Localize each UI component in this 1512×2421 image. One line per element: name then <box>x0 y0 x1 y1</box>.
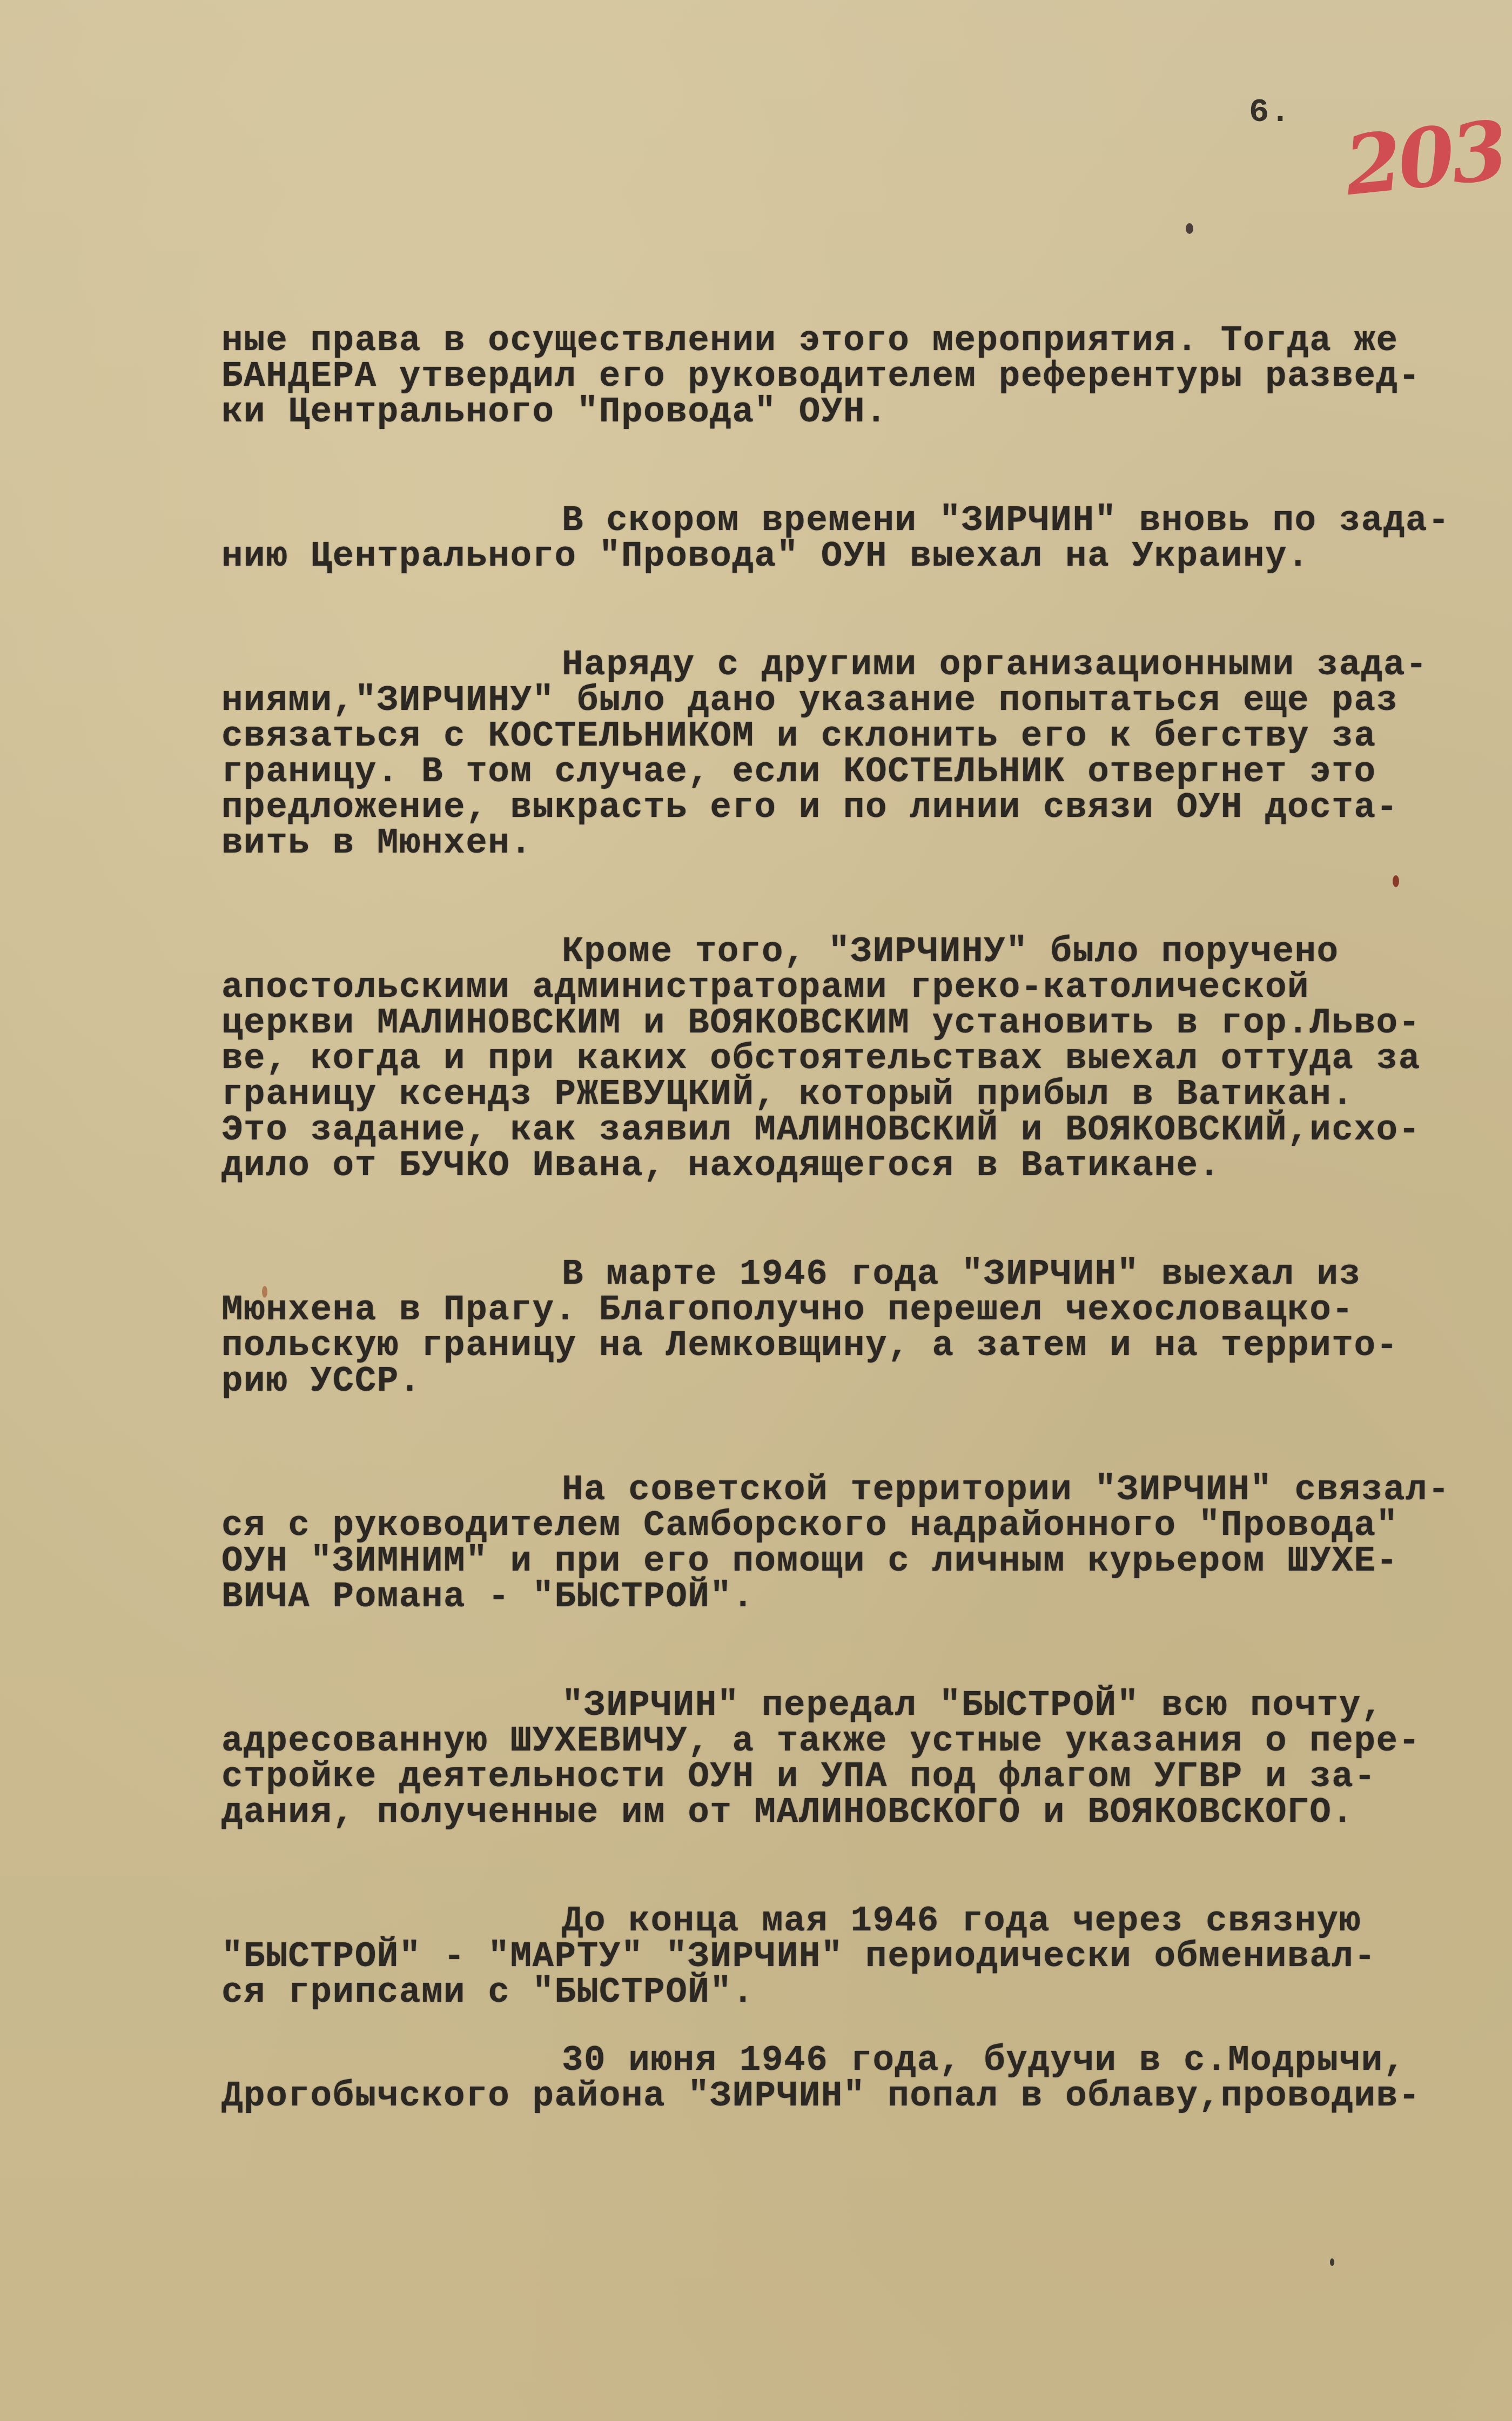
text-line: Дрогобычского района "ЗИРЧИН" попал в об… <box>221 2078 1507 2114</box>
text-line: дания, полученные им от МАЛИНОВСКОГО и В… <box>221 1795 1507 1830</box>
paragraph: ные права в осуществлении этого мероприя… <box>221 323 1507 430</box>
text-line: Наряду с другими организационными зада- <box>221 647 1507 683</box>
text-line: До конца мая 1946 года через связную <box>221 1903 1507 1939</box>
text-line: церкви МАЛИНОВСКИМ и ВОЯКОВСКИМ установи… <box>221 1005 1507 1041</box>
text-line: ся с руководителем Самборского надрайонн… <box>221 1508 1507 1544</box>
text-line: польскую границу на Лемковщину, а затем … <box>221 1328 1507 1364</box>
text-line: Мюнхена в Прагу. Благополучно перешел че… <box>221 1292 1507 1328</box>
paragraph: Кроме того, "ЗИРЧИНУ" было поручено апос… <box>221 934 1507 1184</box>
text-line: нию Центрального "Провода" ОУН выехал на… <box>221 539 1507 574</box>
text-line: связаться с КОСТЕЛЬНИКОМ и склонить его … <box>221 719 1507 754</box>
paragraph: В марте 1946 года "ЗИРЧИН" выехал из Мюн… <box>221 1257 1507 1399</box>
paper-speck <box>1330 2258 1334 2266</box>
archive-folio-number: 203 <box>1341 103 1509 214</box>
text-line: ВИЧА Романа - "БЫСТРОЙ". <box>221 1579 1507 1615</box>
text-line: границу ксендз РЖЕВУЦКИЙ, который прибыл… <box>221 1077 1507 1112</box>
paper-speck <box>1393 875 1399 887</box>
paragraph: 30 июня 1946 года, будучи в с.Модрычи, Д… <box>221 2043 1507 2114</box>
text-line: рию УССР. <box>221 1364 1507 1399</box>
paper-speck <box>1186 223 1193 234</box>
document-body: ные права в осуществлении этого мероприя… <box>221 323 1507 2114</box>
text-line: ные права в осуществлении этого мероприя… <box>221 323 1507 359</box>
text-line: ОУН "ЗИМНИМ" и при его помощи с личным к… <box>221 1544 1507 1579</box>
text-line: 30 июня 1946 года, будучи в с.Модрычи, <box>221 2043 1507 2078</box>
text-line: ве, когда и при каких обстоятельствах вы… <box>221 1041 1507 1077</box>
paragraph: Наряду с другими организационными зада- … <box>221 647 1507 861</box>
paragraph: "ЗИРЧИН" передал "БЫСТРОЙ" всю почту, ад… <box>221 1688 1507 1830</box>
text-line: "ЗИРЧИН" передал "БЫСТРОЙ" всю почту, <box>221 1688 1507 1723</box>
text-line: стройке деятельности ОУН и УПА под флаго… <box>221 1759 1507 1795</box>
text-line: "БЫСТРОЙ" - "МАРТУ" "ЗИРЧИН" периодическ… <box>221 1939 1507 1975</box>
text-line: В скором времени "ЗИРЧИН" вновь по зада- <box>221 503 1507 539</box>
text-line: предложение, выкрасть его и по линии свя… <box>221 790 1507 826</box>
text-line: В марте 1946 года "ЗИРЧИН" выехал из <box>221 1257 1507 1292</box>
text-line: дило от БУЧКО Ивана, находящегося в Вати… <box>221 1148 1507 1184</box>
text-line: БАНДЕРА утвердил его руководителем рефер… <box>221 359 1507 394</box>
text-line: ся грипсами с "БЫСТРОЙ". <box>221 1975 1507 2010</box>
text-line: На советской территории "ЗИРЧИН" связал- <box>221 1472 1507 1508</box>
text-line: апостольскими администраторами греко-кат… <box>221 970 1507 1005</box>
text-line: Это задание, как заявил МАЛИНОВСКИЙ и ВО… <box>221 1112 1507 1148</box>
text-line: границу. В том случае, если КОСТЕЛЬНИК о… <box>221 754 1507 790</box>
page-number: 6. <box>1249 93 1291 131</box>
document-page: 6. 203 ные права в осуществлении этого м… <box>0 0 1512 2421</box>
text-line: ки Центрального "Провода" ОУН. <box>221 394 1507 430</box>
text-line: адресованную ШУХЕВИЧУ, а также устные ук… <box>221 1723 1507 1759</box>
paragraph: В скором времени "ЗИРЧИН" вновь по зада-… <box>221 503 1507 574</box>
paragraph: На советской территории "ЗИРЧИН" связал-… <box>221 1472 1507 1615</box>
paper-speck <box>262 1286 267 1298</box>
text-line: Кроме того, "ЗИРЧИНУ" было поручено <box>221 934 1507 970</box>
paragraph: До конца мая 1946 года через связную "БЫ… <box>221 1903 1507 2010</box>
text-line: вить в Мюнхен. <box>221 826 1507 861</box>
text-line: ниями,"ЗИРЧИНУ" было дано указание попыт… <box>221 683 1507 719</box>
